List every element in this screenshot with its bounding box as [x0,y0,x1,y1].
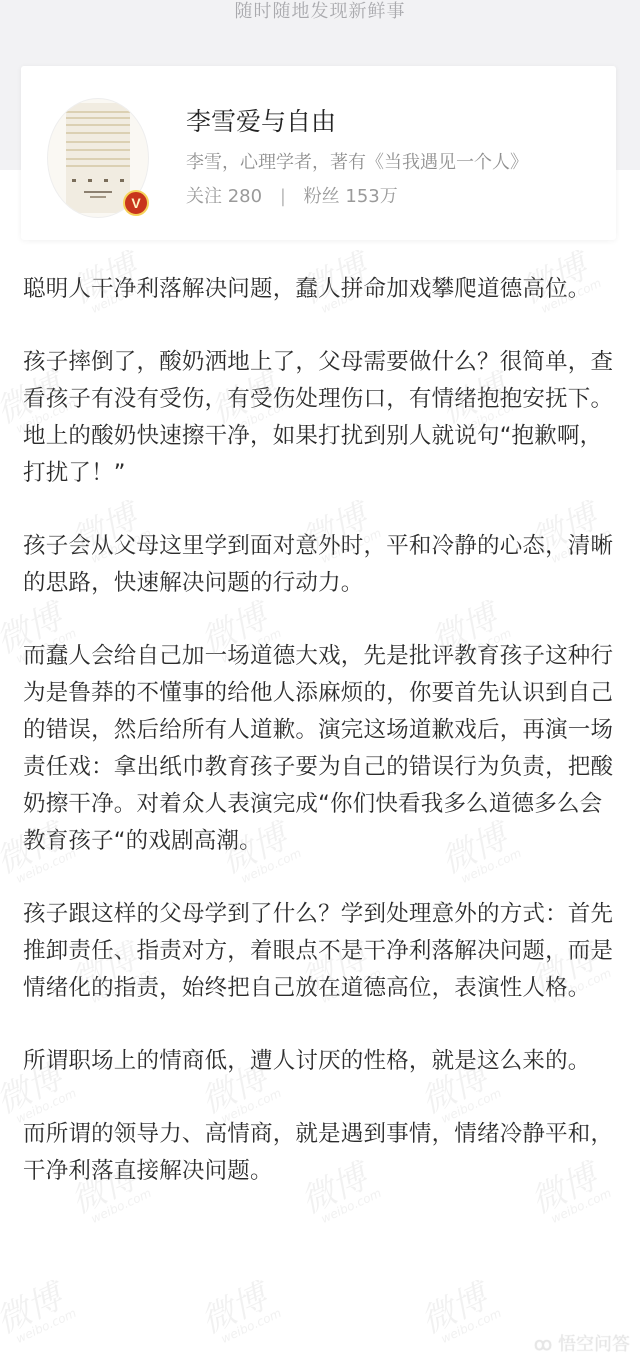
weibo-slogan: 随时随地发现新鲜事 [0,0,640,23]
post-paragraph: 而所谓的领导力、高情商，就是遇到事情，情绪冷静平和，干净利落直接解决问题。 [23,1116,617,1190]
post-paragraph: 孩子摔倒了，酸奶洒地上了，父母需要做什么？很简单，查看孩子有没有受伤，有受伤处理… [23,344,617,492]
followers-count[interactable]: 153万 [345,186,397,207]
wukong-logo-icon: ꝏ [534,1334,552,1355]
stats-separator: | [280,186,286,207]
weibo-watermark: 微博weibo.com [191,1267,283,1350]
weibo-watermark: 微博weibo.com [0,1267,78,1350]
weibo-watermark: 微博weibo.com [411,1267,503,1350]
profile-bio: 李雪，心理学者，著有《当我遇见一个人》 [186,148,528,174]
post-paragraph: 孩子跟这样的父母学到了什么？学到处理意外的方式：首先推卸责任、指责对方，着眼点不… [23,896,617,1007]
following-label: 关注 [186,186,222,207]
profile-stats: 关注 280 | 粉丝 153万 [186,182,398,208]
avatar-container[interactable]: V [47,98,147,216]
post-paragraph: 而蠢人会给自己加一场道德大戏，先是批评教育孩子这种行为是鲁莽的不懂事的给他人添麻… [23,638,617,860]
followers-label: 粉丝 [304,186,340,207]
book-cover-icon [66,103,130,213]
wukong-qa-watermark: ꝏ 悟空问答 [534,1330,630,1356]
post-paragraph: 孩子会从父母这里学到面对意外时，平和冷静的心态，清晰的思路，快速解决问题的行动力… [23,528,617,602]
following-count[interactable]: 280 [228,186,262,207]
post-paragraph: 所谓职场上的情商低，遭人讨厌的性格，就是这么来的。 [23,1043,617,1080]
verified-badge-icon: V [123,190,149,216]
post-content: 聪明人干净利落解决问题，蠢人拼命加戏攀爬道德高位。 孩子摔倒了，酸奶洒地上了，父… [23,271,617,1226]
profile-name[interactable]: 李雪爱与自由 [186,102,336,138]
post-paragraph: 聪明人干净利落解决问题，蠢人拼命加戏攀爬道德高位。 [23,271,617,308]
profile-card[interactable]: V 李雪爱与自由 李雪，心理学者，著有《当我遇见一个人》 关注 280 | 粉丝… [21,66,616,240]
